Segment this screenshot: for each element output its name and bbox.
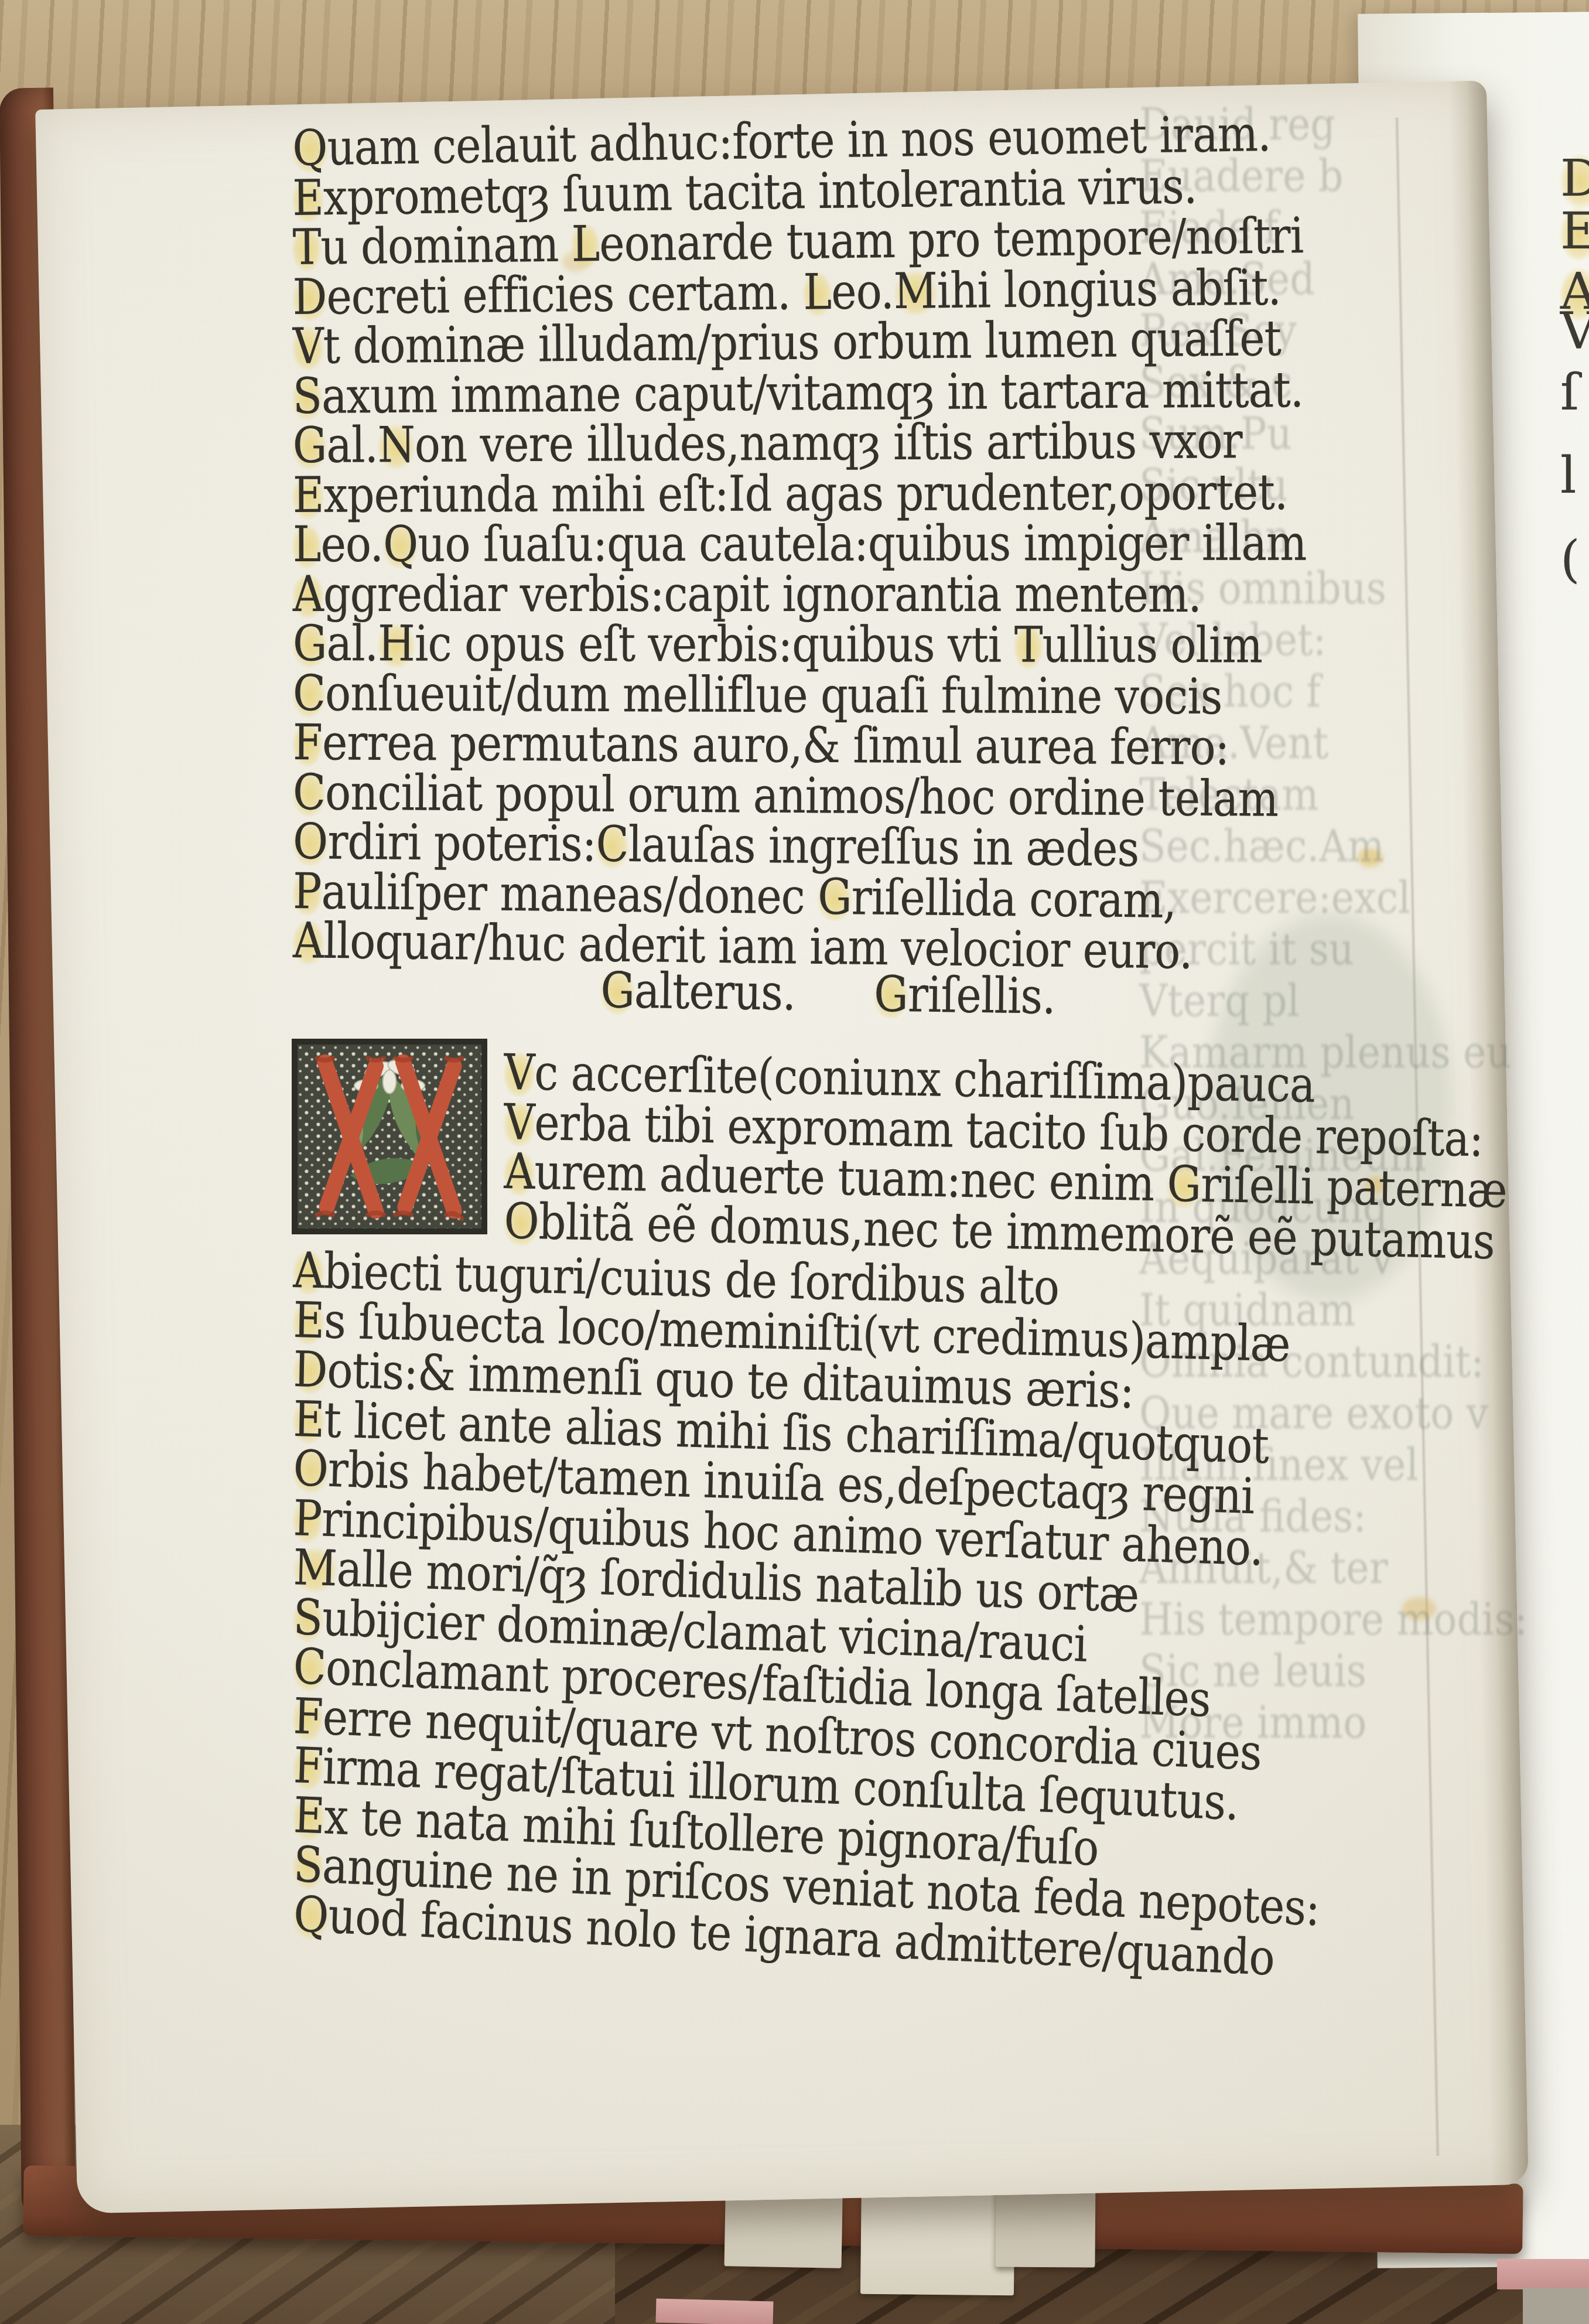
edge-letter: E	[1557, 202, 1589, 261]
edge-letter: ſ	[1560, 363, 1579, 422]
edge-letter: (	[1560, 530, 1580, 589]
page-edge-letters: DEAVſl(	[0, 0, 1589, 2324]
edge-letter: D	[1557, 149, 1589, 208]
edge-letter: l	[1560, 446, 1577, 505]
photo-scene: Dauid regEuadere bEiade fAma.SedRex ScyS…	[0, 0, 1589, 2324]
edge-letter: V	[1560, 302, 1589, 360]
